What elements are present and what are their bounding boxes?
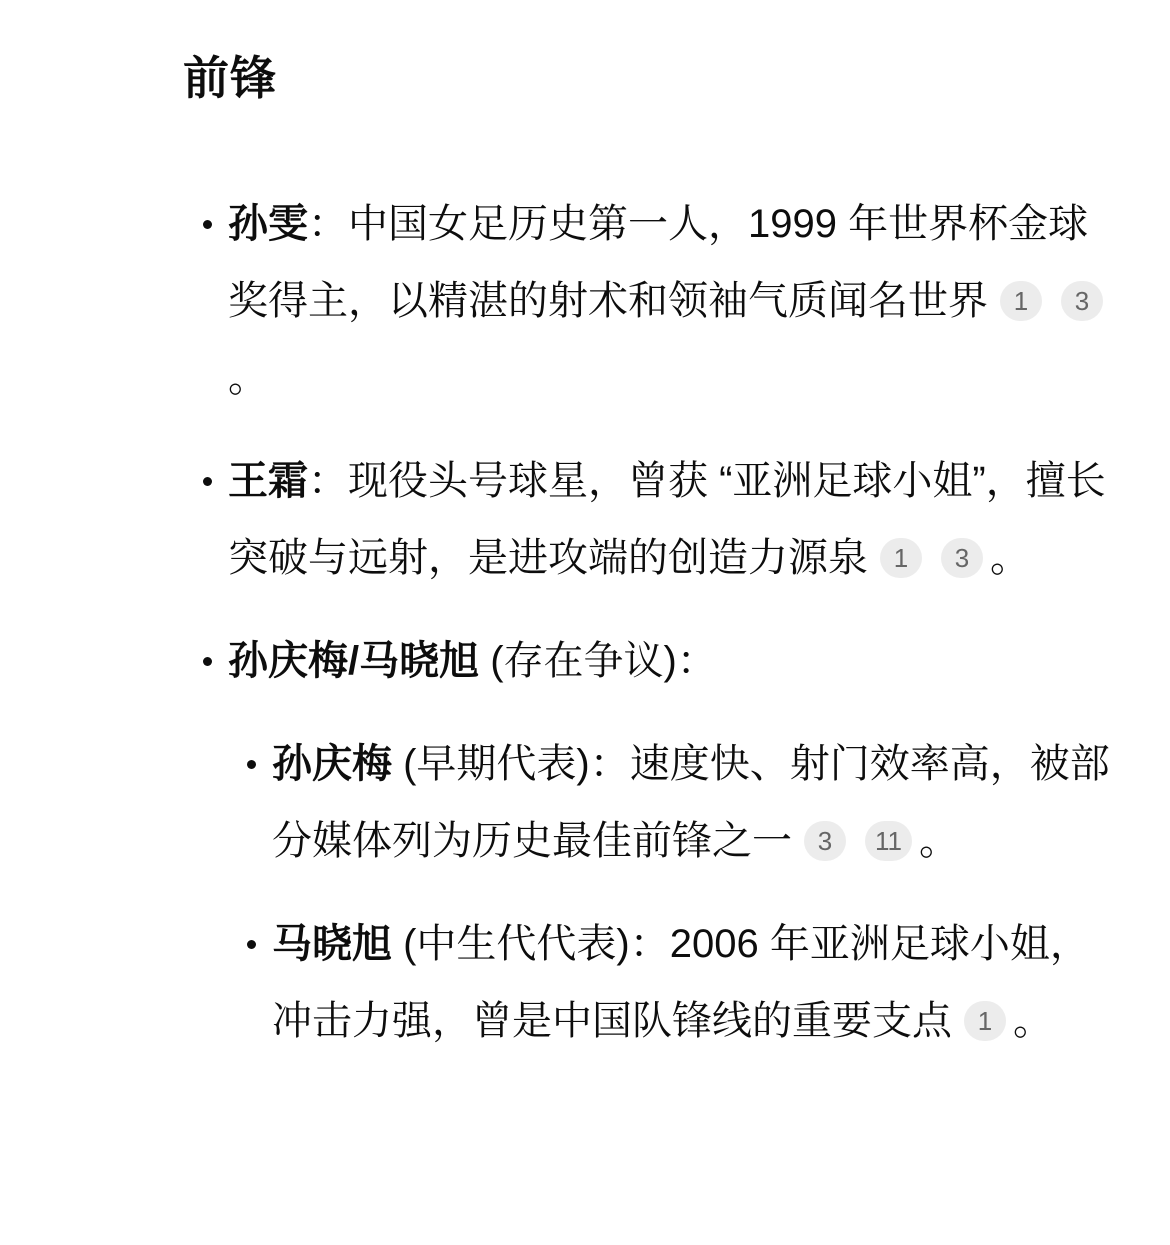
list-item-text: 王霜：现役头号球星，曾获 “亚洲足球小姐”，擅长突破与远射，是进攻端的创造力源泉… [228, 443, 1115, 597]
player-name: 王霜 [228, 459, 308, 503]
list-item: 孙雯：中国女足历史第一人，1999 年世界杯金球奖得主，以精湛的射术和领袖气质闻… [203, 186, 1115, 417]
citation-badge[interactable]: 1 [964, 1001, 1006, 1041]
text-segment: 。 [990, 536, 1030, 580]
bullet-icon [203, 220, 212, 229]
citation-badge[interactable]: 3 [804, 821, 846, 861]
list-item-text: 马晓旭 (中生代代表)：2006 年亚洲足球小姐，冲击力强，曾是中国队锋线的重要… [272, 906, 1115, 1060]
list-item: 马晓旭 (中生代代表)：2006 年亚洲足球小姐，冲击力强，曾是中国队锋线的重要… [247, 906, 1115, 1060]
section-heading: 前锋 [183, 50, 1115, 106]
sub-list: 孙庆梅 (早期代表)：速度快、射门效率高，被部分媒体列为历史最佳前锋之一311。… [228, 726, 1115, 1060]
citation-badge[interactable]: 1 [1000, 281, 1042, 321]
player-name: 孙雯 [228, 202, 308, 246]
list-item: 孙庆梅/马晓旭 (存在争议)：孙庆梅 (早期代表)：速度快、射门效率高，被部分媒… [203, 623, 1115, 1060]
text-segment: 。 [919, 819, 959, 863]
citation-badge[interactable]: 3 [1061, 281, 1103, 321]
player-name: 马晓旭 [272, 922, 392, 966]
citation-badge[interactable]: 11 [865, 821, 912, 861]
list-item: 孙庆梅 (早期代表)：速度快、射门效率高，被部分媒体列为历史最佳前锋之一311。 [247, 726, 1115, 880]
bullet-icon [203, 657, 212, 666]
text-segment: 。 [1013, 999, 1053, 1043]
forwards-list: 孙雯：中国女足历史第一人，1999 年世界杯金球奖得主，以精湛的射术和领袖气质闻… [0, 186, 1115, 1060]
answer-content: 前锋 孙雯：中国女足历史第一人，1999 年世界杯金球奖得主，以精湛的射术和领袖… [0, 0, 1115, 1060]
text-segment: (存在争议)： [479, 639, 717, 683]
citation-badge[interactable]: 1 [880, 538, 922, 578]
citation-badge[interactable]: 3 [941, 538, 983, 578]
text-segment: ：中国女足历史第一人，1999 年世界杯金球奖得主，以精湛的射术和领袖气质闻名世… [228, 202, 1088, 323]
player-name: 孙庆梅/马晓旭 [228, 639, 479, 683]
text-segment: 。 [228, 356, 268, 400]
list-item-text: 孙雯：中国女足历史第一人，1999 年世界杯金球奖得主，以精湛的射术和领袖气质闻… [228, 186, 1115, 417]
player-name: 孙庆梅 [272, 742, 392, 786]
list-item-text: 孙庆梅 (早期代表)：速度快、射门效率高，被部分媒体列为历史最佳前锋之一311。 [272, 726, 1115, 880]
bullet-icon [203, 477, 212, 486]
bullet-icon [247, 940, 256, 949]
list-item-text: 孙庆梅/马晓旭 (存在争议)：孙庆梅 (早期代表)：速度快、射门效率高，被部分媒… [228, 623, 1115, 1060]
text-segment: (早期代表)：速度快、射门效率高，被部分媒体列为历史最佳前锋之一 [272, 742, 1110, 863]
bullet-icon [247, 760, 256, 769]
list-item: 王霜：现役头号球星，曾获 “亚洲足球小姐”，擅长突破与远射，是进攻端的创造力源泉… [203, 443, 1115, 597]
